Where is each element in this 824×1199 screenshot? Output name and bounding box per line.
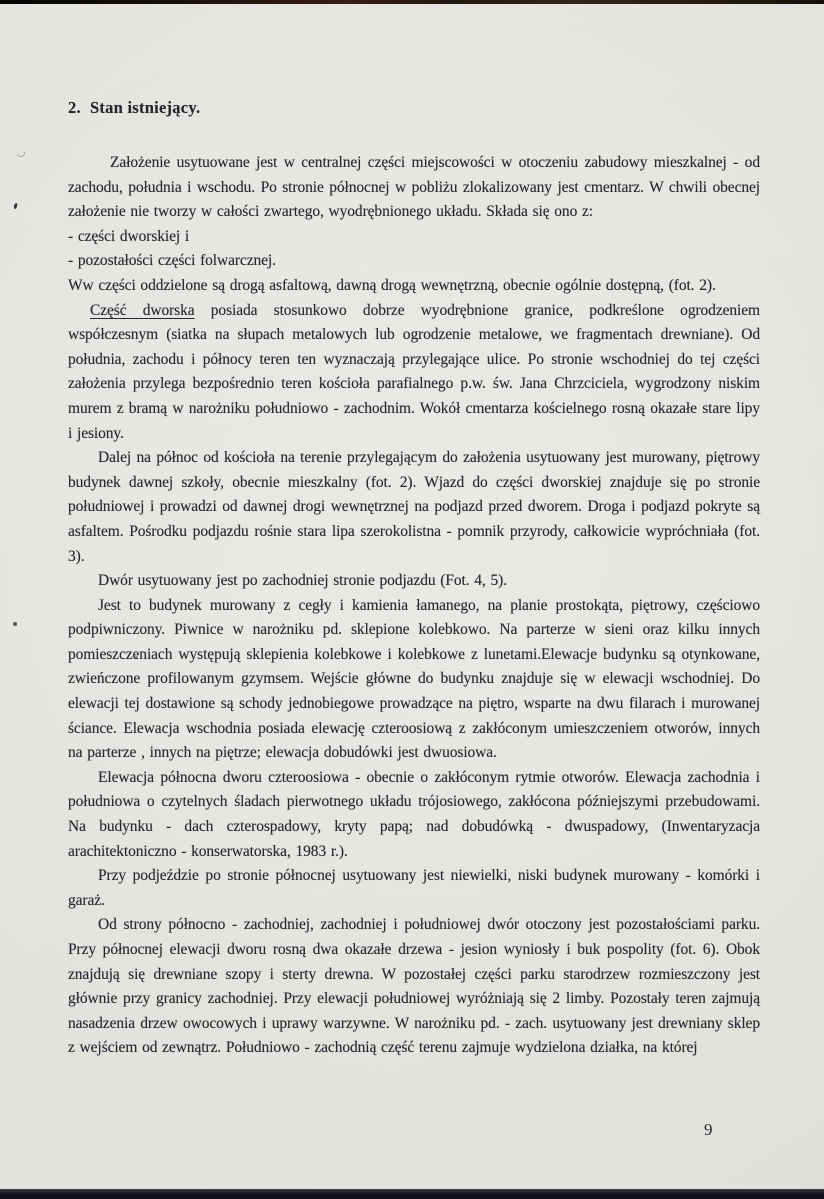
body-paragraph: Założenie usytuowane jest w centralnej c… xyxy=(68,151,760,225)
body-paragraph: Przy podjeździe po stronie północnej usy… xyxy=(68,864,760,913)
scan-speck xyxy=(13,203,17,209)
scan-edge-top xyxy=(0,0,824,4)
scan-speck xyxy=(15,148,26,159)
paragraph-text: posiada stosunkowo dobrze wyodrębnione g… xyxy=(68,302,760,442)
body-paragraph: Ww części oddzielone są drogą asfaltową,… xyxy=(68,274,760,299)
underlined-term: Część dworska xyxy=(90,302,195,319)
body-paragraph: Dwór usytuowany jest po zachodniej stron… xyxy=(68,569,760,594)
page-number: 9 xyxy=(704,1120,713,1140)
body-paragraph: Dalej na północ od kościoła na terenie p… xyxy=(68,446,760,569)
scan-speck xyxy=(13,622,17,626)
section-number: 2. xyxy=(68,96,90,120)
scan-edge-bottom xyxy=(0,1189,824,1199)
body-paragraph: Elewacja północna dworu czteroosiowa - o… xyxy=(68,766,760,864)
section-heading: 2.Stan istniejący. xyxy=(68,96,760,120)
body-paragraph: Od strony północno - zachodniej, zachodn… xyxy=(68,913,760,1061)
body-paragraph: Jest to budynek murowany z cegły i kamie… xyxy=(68,594,760,766)
body-paragraph: Część dworska posiada stosunkowo dobrze … xyxy=(68,299,760,447)
scanned-document-page: 2.Stan istniejący. Założenie usytuowane … xyxy=(0,0,824,1199)
list-line: - pozostałości części folwarcznej. xyxy=(68,249,760,274)
document-body: 2.Stan istniejący. Założenie usytuowane … xyxy=(68,96,760,1061)
section-title: Stan istniejący. xyxy=(90,98,200,117)
list-line: - części dworskiej i xyxy=(68,225,760,250)
